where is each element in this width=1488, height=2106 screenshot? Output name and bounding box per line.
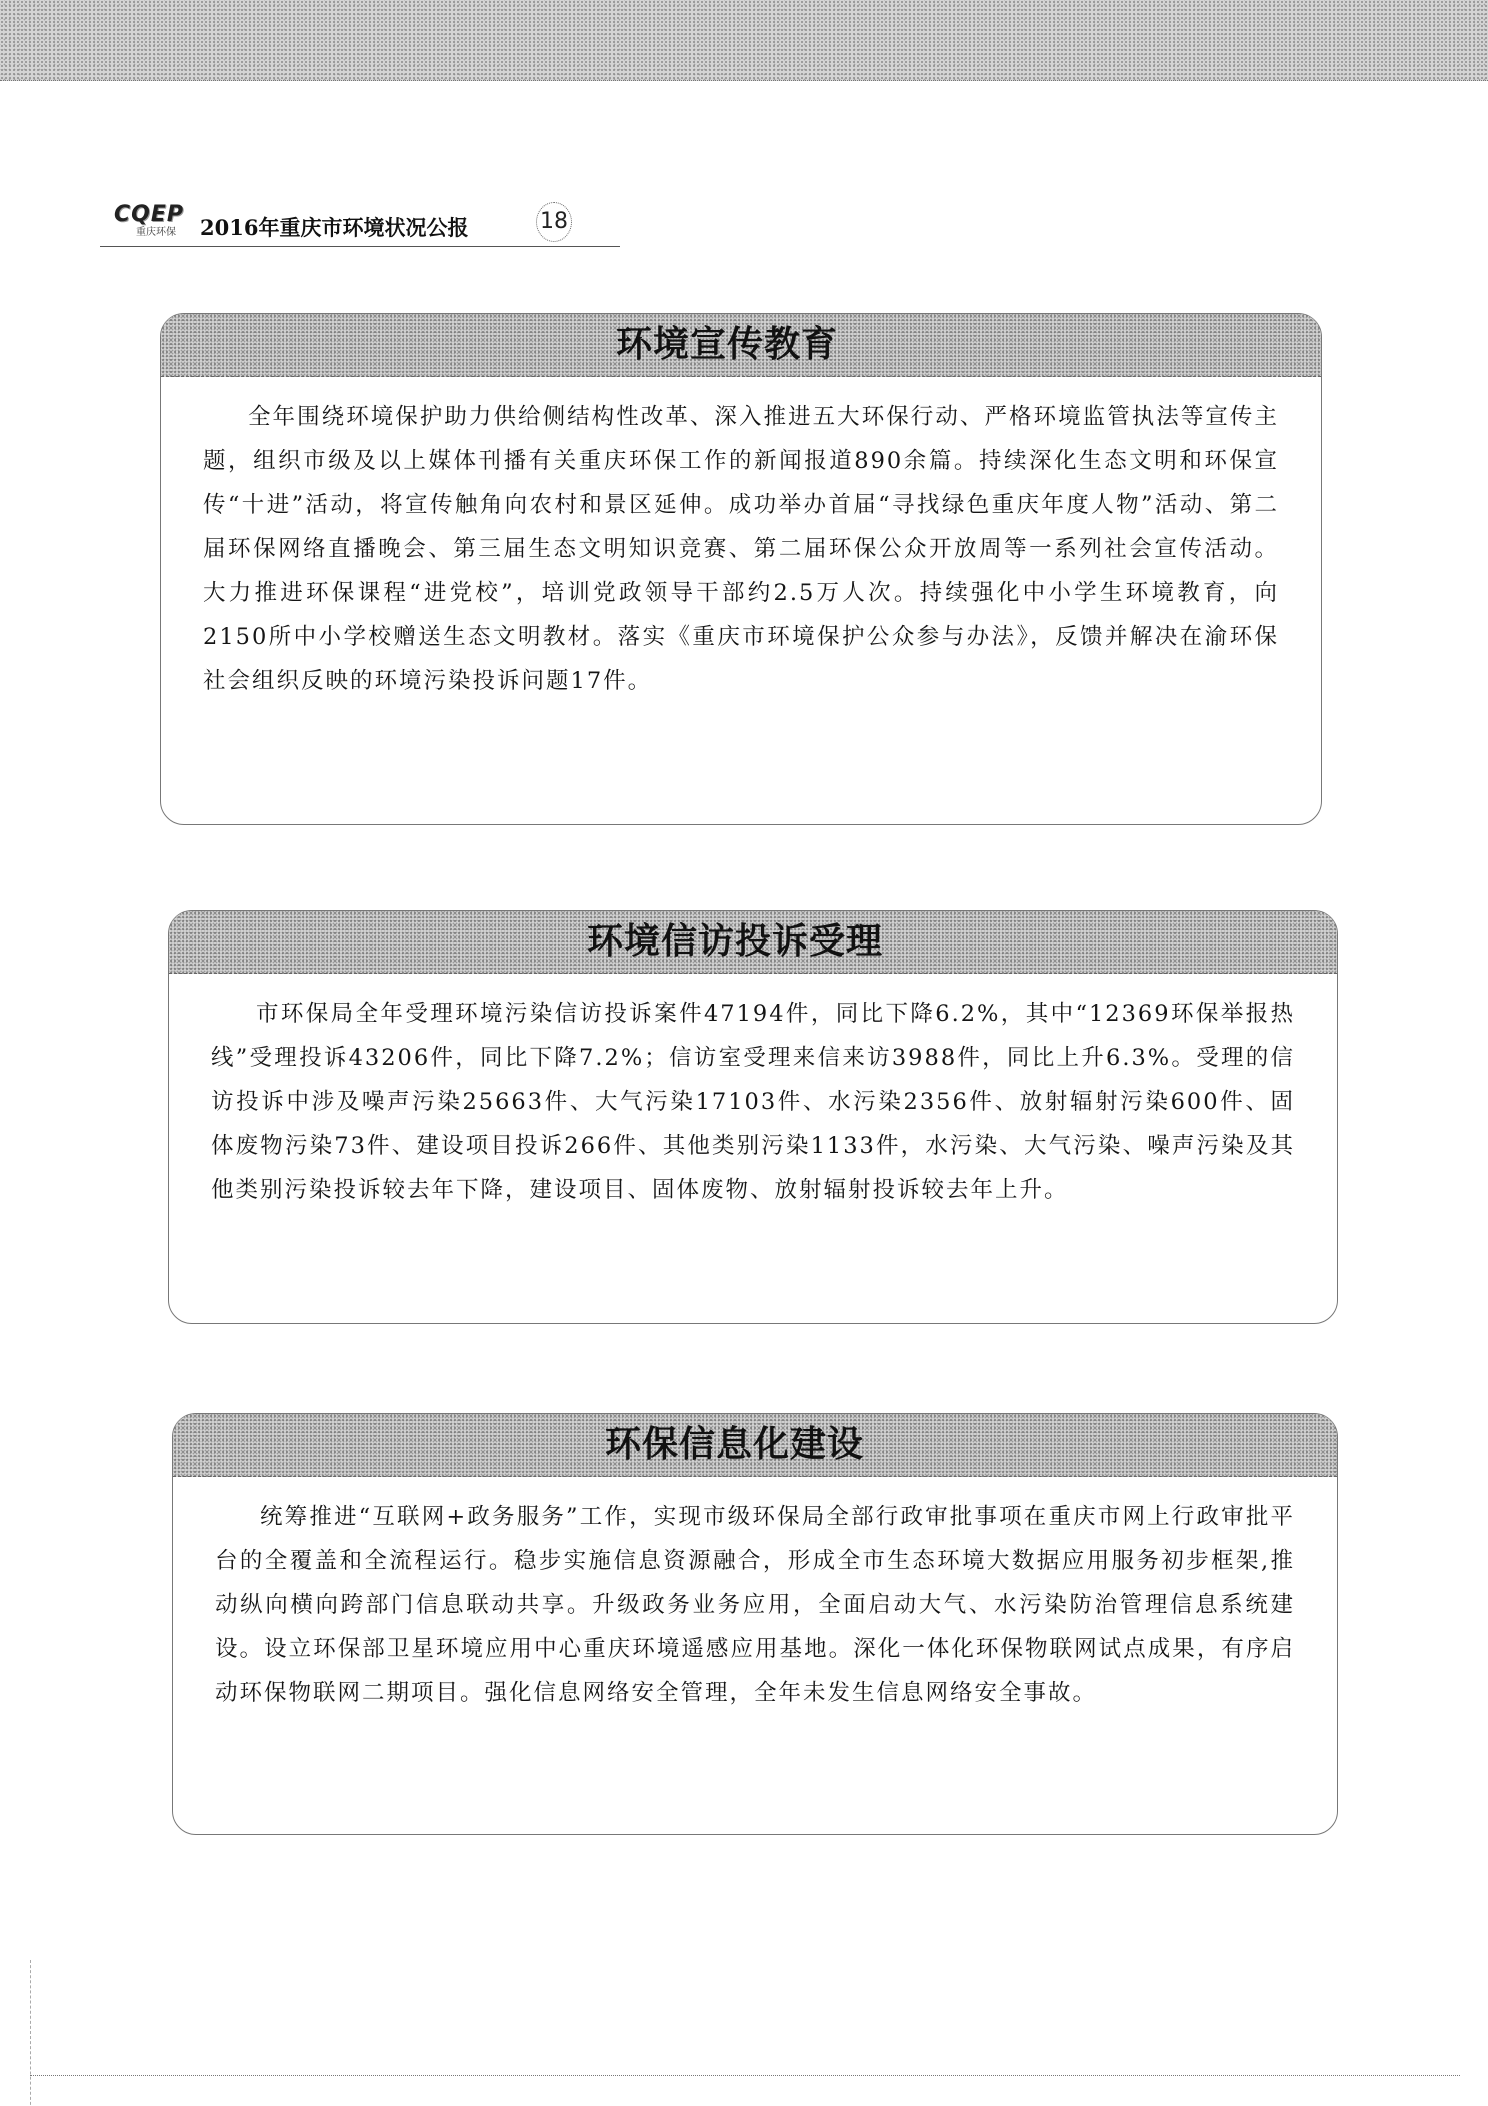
logo-subtitle: 重庆环保	[136, 226, 204, 240]
section-body: 市环保局全年受理环境污染信访投诉案件47194件，同比下降6.2%，其中“123…	[169, 974, 1337, 1240]
page-header: CQEP 重庆环保 2016年重庆市环境状况公报 18	[100, 198, 1440, 250]
section-body: 统筹推进“互联网+政务服务”工作，实现市级环保局全部行政审批事项在重庆市网上行政…	[173, 1477, 1337, 1743]
logo-mark: CQEP	[114, 204, 204, 226]
scan-bottom-edge	[30, 2075, 1460, 2076]
scan-top-band	[0, 0, 1488, 81]
section-header: 环保信息化建设	[173, 1414, 1337, 1477]
report-title: 2016年重庆市环境状况公报	[200, 212, 468, 242]
section-body: 全年围绕环境保护助力供给侧结构性改革、深入推进五大环保行动、严格环境监管执法等宣…	[161, 377, 1321, 731]
page-number: 18	[536, 202, 572, 242]
scan-margin-mark	[30, 1960, 31, 2106]
section-environmental-publicity-education: 环境宣传教育 全年围绕环境保护助力供给侧结构性改革、深入推进五大环保行动、严格环…	[160, 313, 1322, 825]
section-title: 环境信访投诉受理	[587, 919, 883, 965]
section-title: 环保信息化建设	[605, 1422, 864, 1468]
section-complaint-handling: 环境信访投诉受理 市环保局全年受理环境污染信访投诉案件47194件，同比下降6.…	[168, 910, 1338, 1324]
section-title: 环境宣传教育	[616, 322, 838, 368]
section-informatization: 环保信息化建设 统筹推进“互联网+政务服务”工作，实现市级环保局全部行政审批事项…	[172, 1413, 1338, 1835]
section-header: 环境宣传教育	[161, 314, 1321, 377]
section-header: 环境信访投诉受理	[169, 911, 1337, 974]
header-divider	[100, 246, 620, 247]
logo: CQEP 重庆环保	[114, 204, 204, 244]
